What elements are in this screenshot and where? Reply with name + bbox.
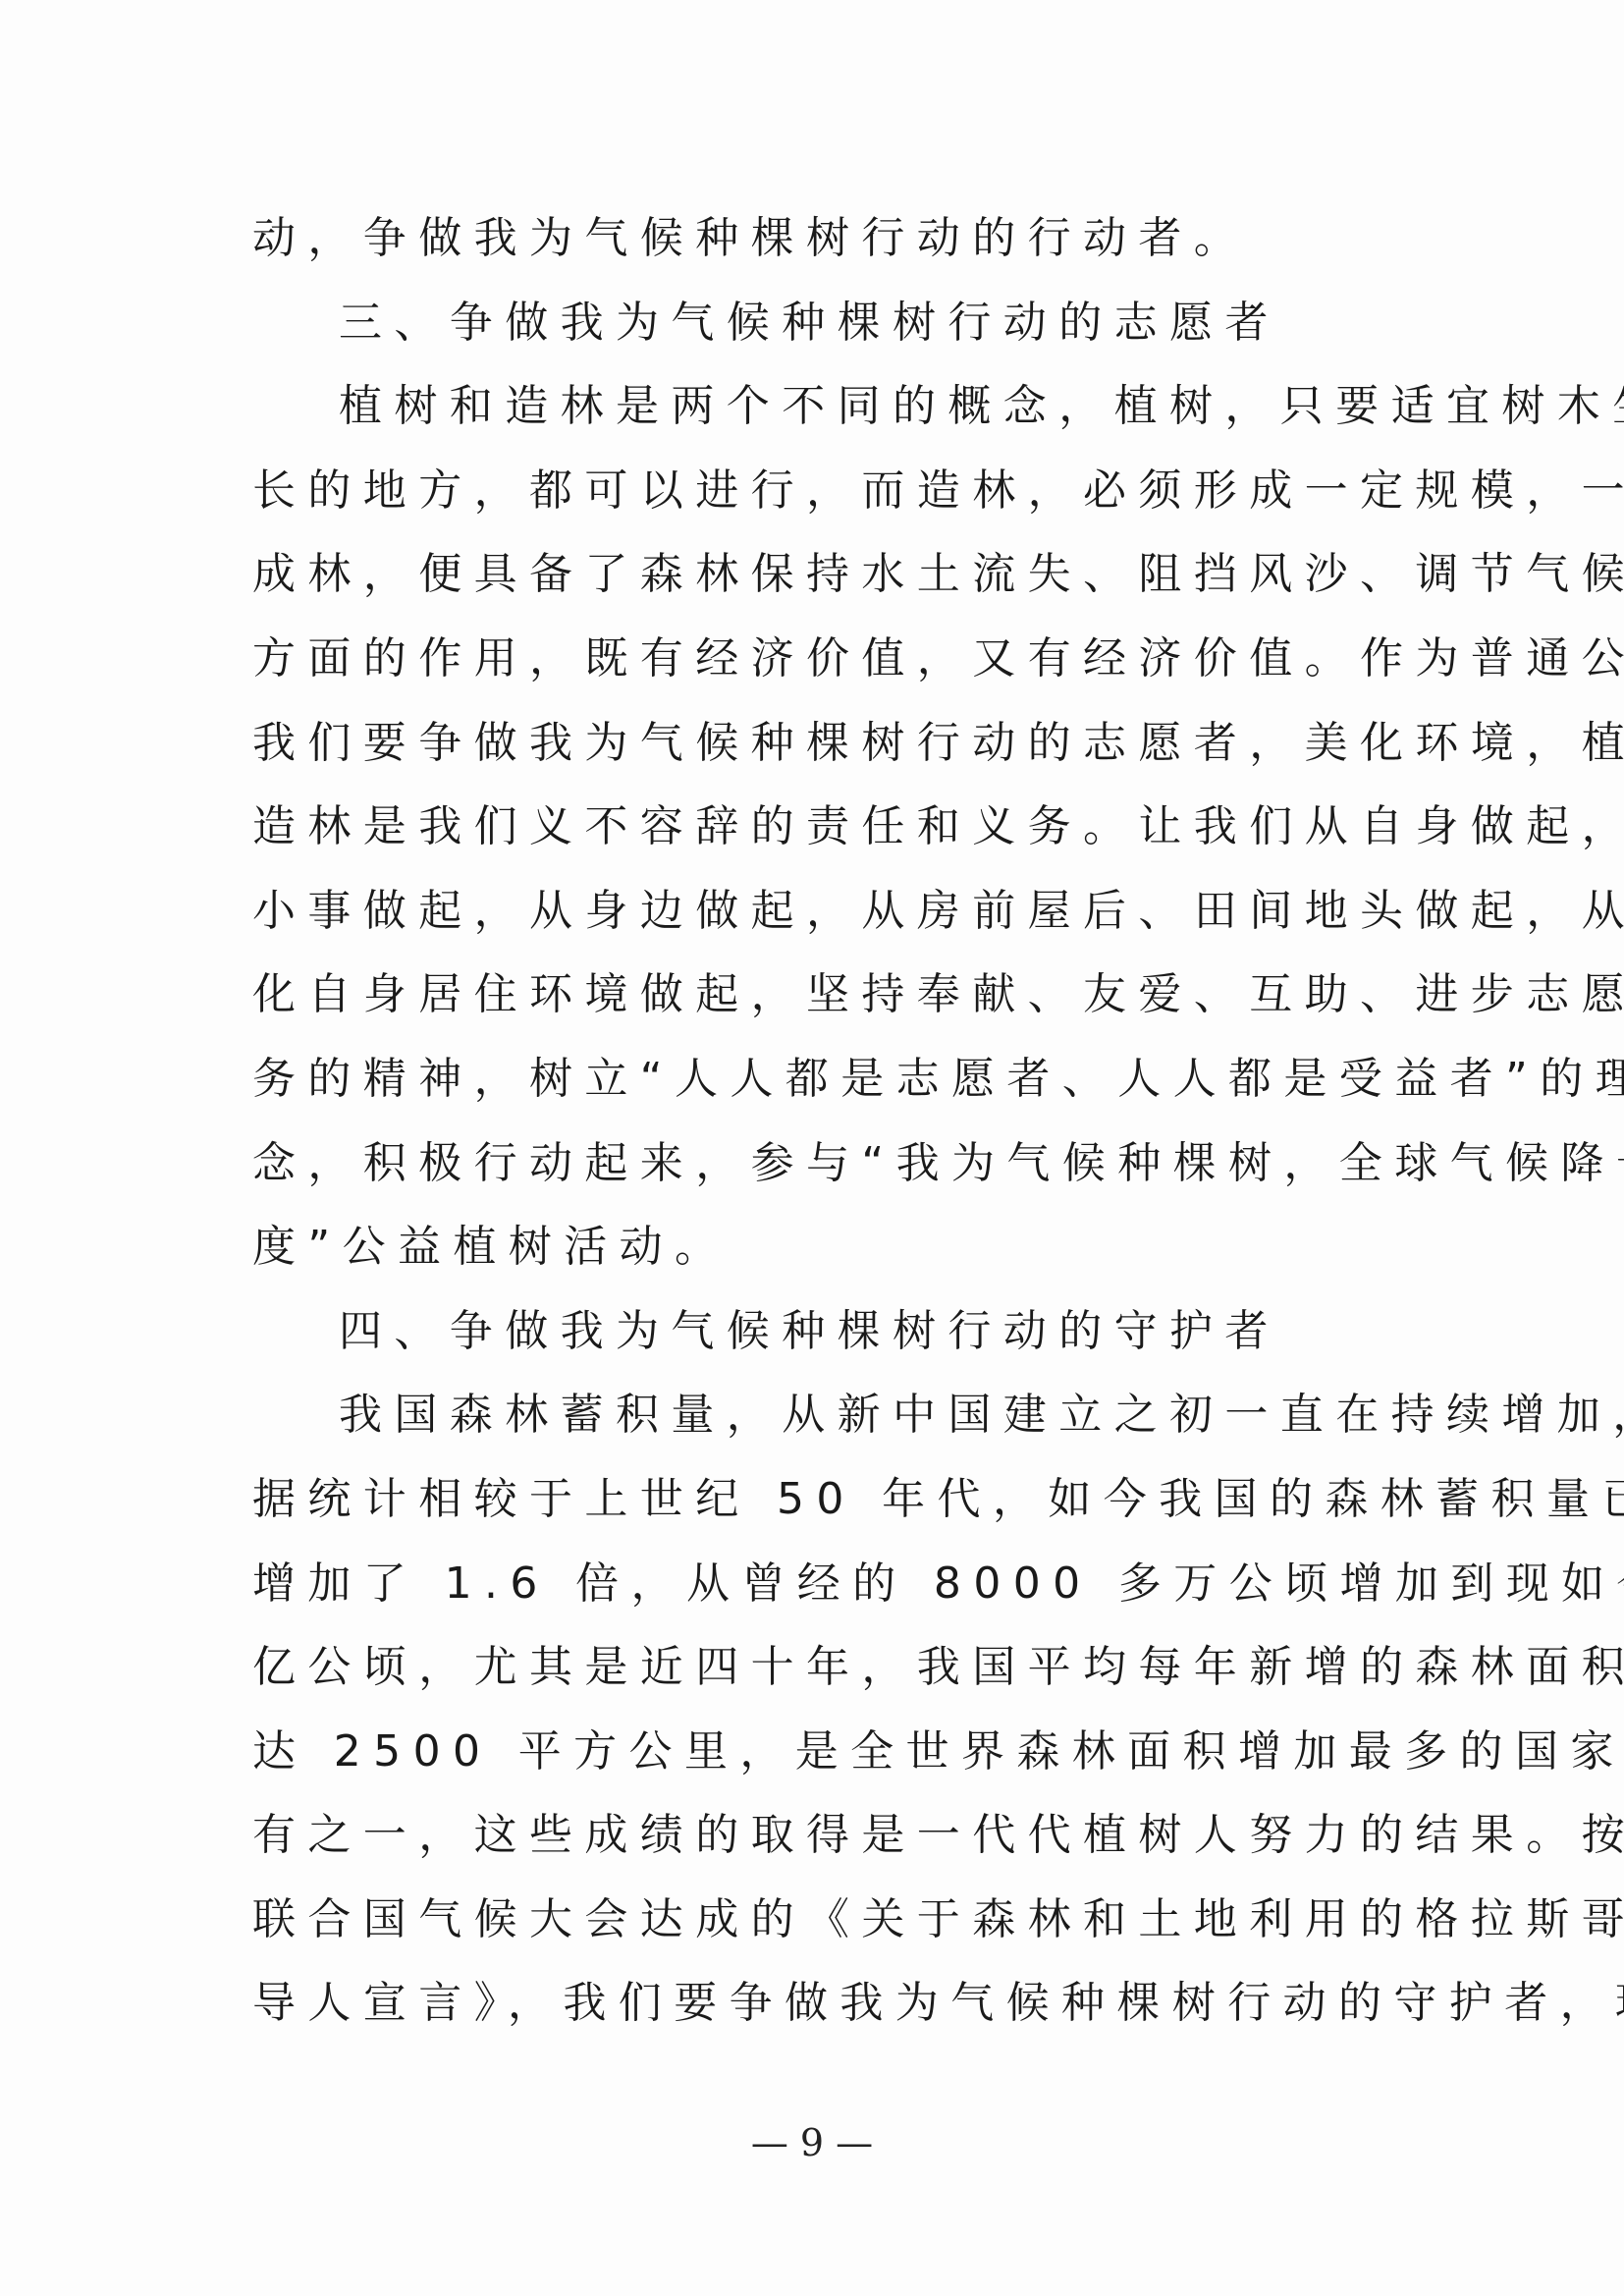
section-heading-3: 三、争做我为气候种棵树行动的志愿者 [252,281,1380,365]
text-line: 度”公益植树活动。 [252,1205,1380,1289]
text-line: 联合国气候大会达成的《关于森林和土地利用的格拉斯哥领 [252,1878,1380,1962]
text-line: 成林，便具备了森林保持水土流失、阻挡风沙、调节气候等 [252,532,1380,617]
text-line: 有之一，这些成绩的取得是一代代植树人努力的结果。按照 [252,1793,1380,1878]
text-line: 念，积极行动起来，参与“我为气候种棵树，全球气候降一 [252,1121,1380,1206]
text-line: 据统计相较于上世纪 50 年代，如今我国的森林蓄积量已经 [252,1457,1380,1542]
text-line: 动，争做我为气候种棵树行动的行动者。 [252,196,1380,281]
text-line: 化自身居住环境做起，坚持奉献、友爱、互助、进步志愿服 [252,953,1380,1037]
text-line: 方面的作用，既有经济价值，又有经济价值。作为普通公众， [252,617,1380,701]
paragraph-start-line: 我国森林蓄积量，从新中国建立之初一直在持续增加， [252,1373,1380,1457]
section-heading-4: 四、争做我为气候种棵树行动的守护者 [252,1289,1380,1374]
paragraph-start-line: 植树和造林是两个不同的概念，植树，只要适宜树木生 [252,364,1380,449]
body-text: 动，争做我为气候种棵树行动的行动者。 三、争做我为气候种棵树行动的志愿者 植树和… [252,196,1380,2046]
text-line: 务的精神，树立“人人都是志愿者、人人都是受益者”的理 [252,1037,1380,1121]
text-line: 造林是我们义不容辞的责任和义务。让我们从自身做起，从 [252,785,1380,869]
text-line: 小事做起，从身边做起，从房前屋后、田间地头做起，从美 [252,869,1380,954]
document-page: 动，争做我为气候种棵树行动的行动者。 三、争做我为气候种棵树行动的志愿者 植树和… [0,0,1624,2296]
text-line: 亿公顷，尤其是近四十年，我国平均每年新增的森林面积高 [252,1625,1380,1710]
text-line: 导人宣言》，我们要争做我为气候种棵树行动的守护者，珍 [252,1961,1380,2046]
page-number: — 9 — [0,2121,1624,2164]
text-line: 增加了 1.6 倍，从曾经的 8000 多万公顷增加到现如今的 2.2 [252,1542,1380,1626]
text-line: 我们要争做我为气候种棵树行动的志愿者，美化环境，植树、 [252,701,1380,786]
text-line: 长的地方，都可以进行，而造林，必须形成一定规模，一旦 [252,449,1380,533]
text-line: 达 2500 平方公里，是全世界森林面积增加最多的国家，没 [252,1710,1380,1794]
